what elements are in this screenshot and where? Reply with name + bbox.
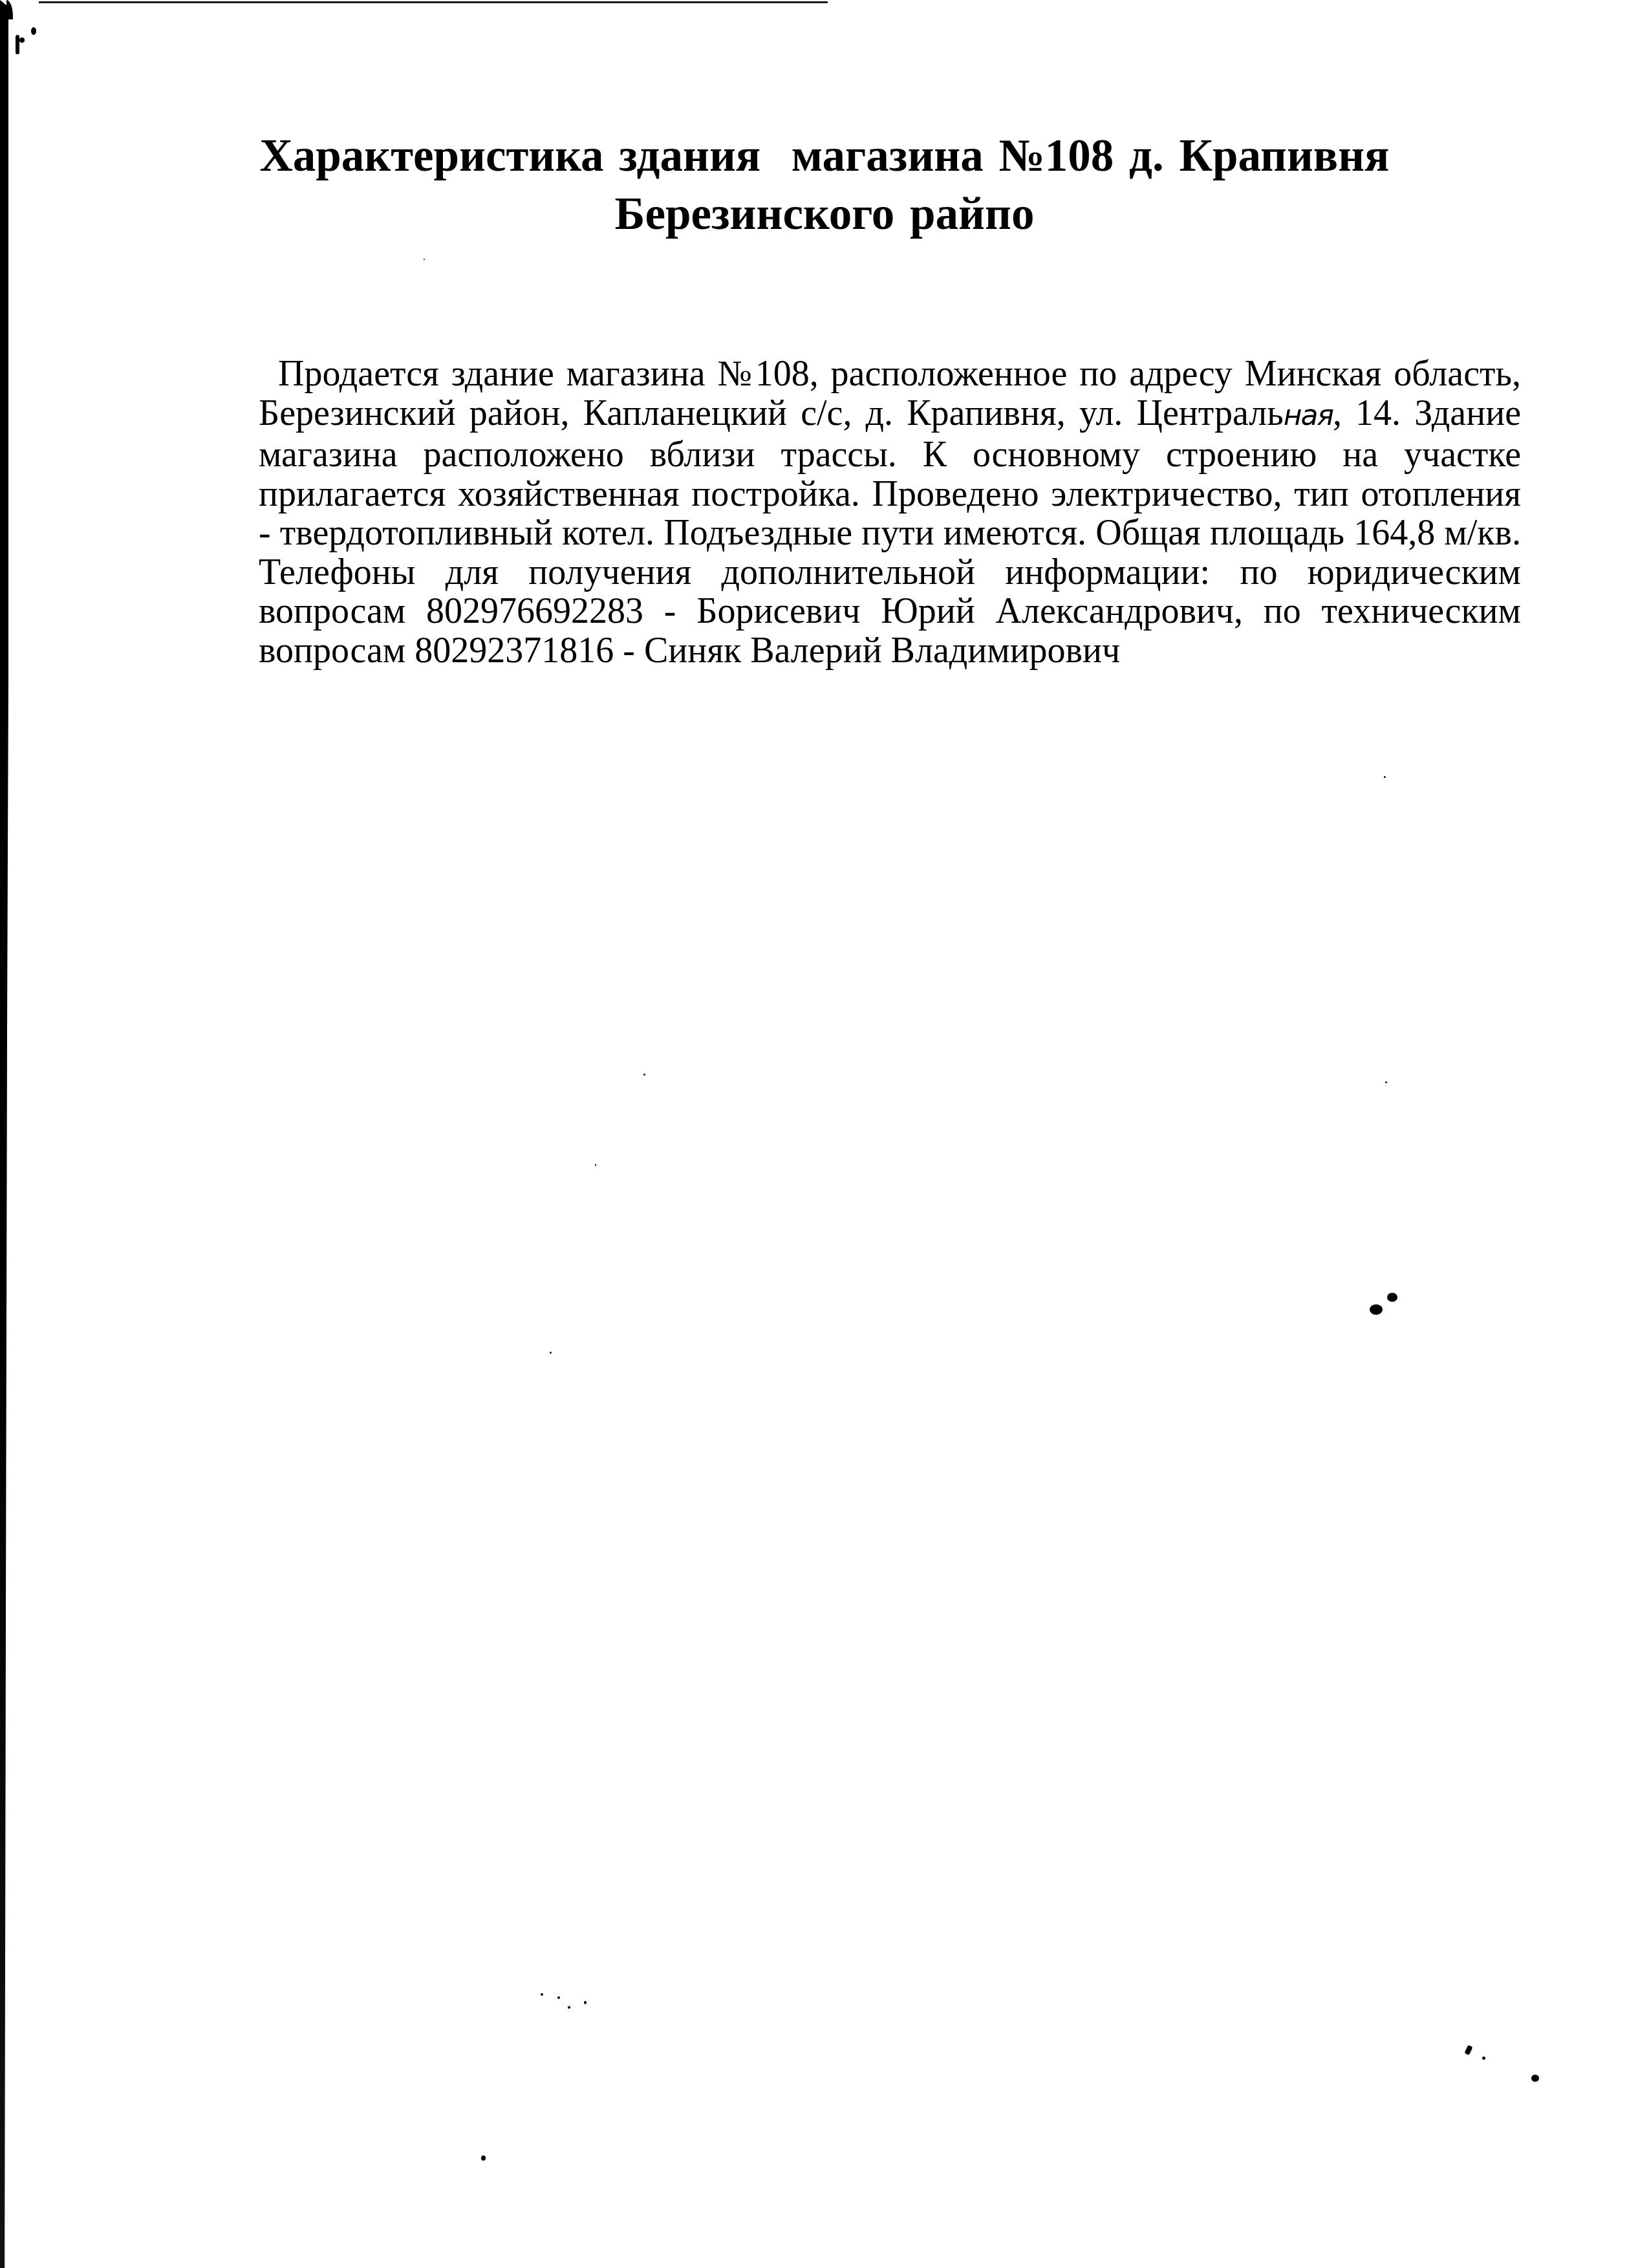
document-title: Характеристика здания магазина №108 д. К… [0, 127, 1649, 243]
scan-edge-artifact [0, 0, 8, 2268]
title-line-1: Характеристика здания магазина №108 д. К… [0, 127, 1649, 185]
scan-corner-artifact [6, 0, 13, 19]
body-text-part-2: , 14. Здание магазина расположено вблизи… [259, 393, 1521, 671]
scan-top-border-line [39, 1, 828, 3]
handwritten-correction: ная [1284, 399, 1333, 432]
title-line-2: Березинского райпо [0, 185, 1649, 243]
document-body-paragraph: Продается здание магазина №108, располож… [259, 354, 1521, 670]
